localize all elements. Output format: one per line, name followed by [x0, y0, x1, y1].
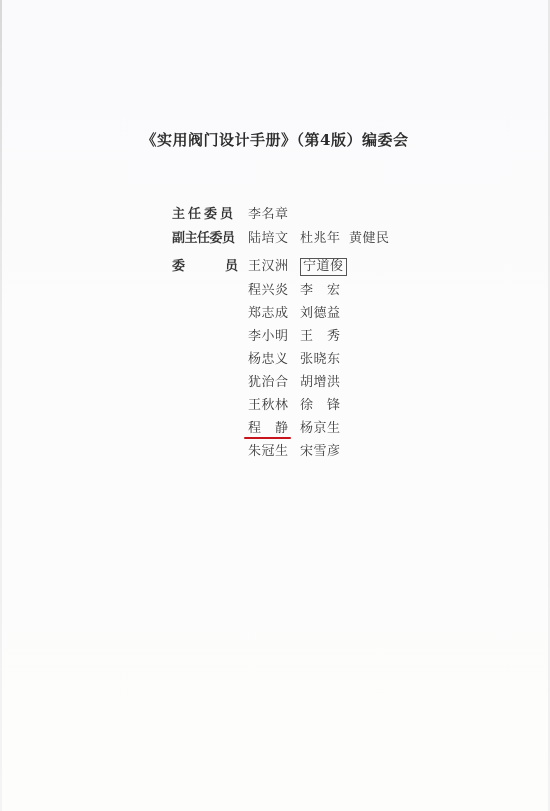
member-name: 李小明 — [248, 327, 289, 347]
member-name: 徐 锋 — [300, 396, 341, 416]
deputy-name-1: 陆培文 — [248, 229, 289, 249]
member-name: 犹治合 — [248, 373, 289, 393]
role-label-members-left: 委 — [172, 257, 185, 277]
role-label-deputy: 副主任委员 — [172, 229, 240, 249]
member-name: 程兴炎 — [248, 281, 289, 301]
member-name: 王汉洲 — [248, 257, 289, 277]
member-name: 王 秀 — [300, 327, 341, 347]
member-name: 张晓东 — [300, 350, 341, 370]
page-title: 《实用阀门设计手册》（第4版）编委会 — [0, 129, 550, 150]
member-name: 刘德益 — [300, 304, 341, 324]
member-name: 王秋林 — [248, 396, 289, 416]
member-name: 杨京生 — [300, 419, 341, 439]
role-label-director: 主任委员 — [172, 205, 240, 225]
member-name: 郑志成 — [248, 304, 289, 324]
member-name: 杨忠义 — [248, 350, 289, 370]
document-page: 《实用阀门设计手册》（第4版）编委会 主任委员 李名章 副主任委员 陆培文 杜兆… — [0, 0, 550, 811]
page-edge-left — [0, 0, 2, 811]
member-name-boxed: 宁道俊 — [300, 258, 347, 276]
member-name: 胡增洪 — [300, 373, 341, 393]
role-label-members: 委 员 — [172, 257, 240, 277]
director-name: 李名章 — [248, 205, 289, 225]
member-name: 李 宏 — [300, 281, 341, 301]
member-name: 朱冠生 — [248, 442, 289, 462]
member-name-underlined: 程 静 — [248, 419, 289, 439]
deputy-name-2: 杜兆年 — [300, 229, 341, 249]
deputy-name-3: 黄健民 — [349, 229, 390, 249]
red-underline-annotation — [244, 437, 291, 439]
member-name: 宋雪彦 — [300, 442, 341, 462]
role-label-members-right: 员 — [225, 257, 238, 277]
